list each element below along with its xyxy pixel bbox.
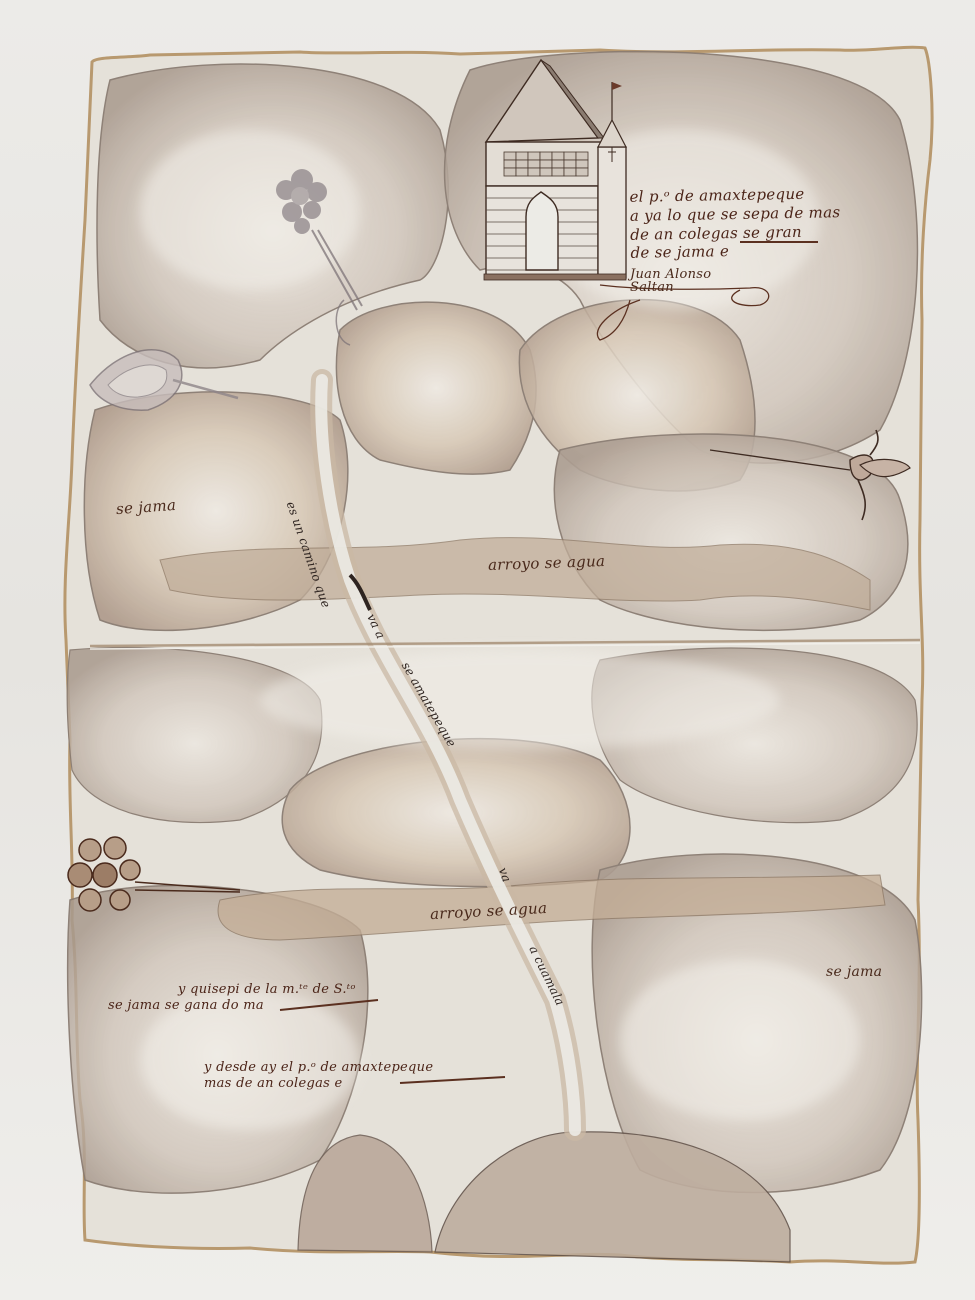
river-label-upper: arroyo se agua <box>488 554 606 573</box>
hill-center-left <box>336 302 536 474</box>
lower-note-1: y quisepi de la m.ᵗᵉ de S.ᵗᵒ se jama se … <box>108 982 356 1015</box>
place-label-east: se jama <box>826 965 882 979</box>
lower-note-2: y desde ay el p.ᵒ de amaxtepeque mas de … <box>204 1060 433 1093</box>
signature: Juan Alonso Saltan <box>630 268 711 294</box>
hill-waist-left <box>67 647 322 822</box>
church-note: el p.ᵒ de amaxtepeque a ya lo que se sep… <box>629 184 841 263</box>
place-label-west: se jama <box>116 498 177 517</box>
